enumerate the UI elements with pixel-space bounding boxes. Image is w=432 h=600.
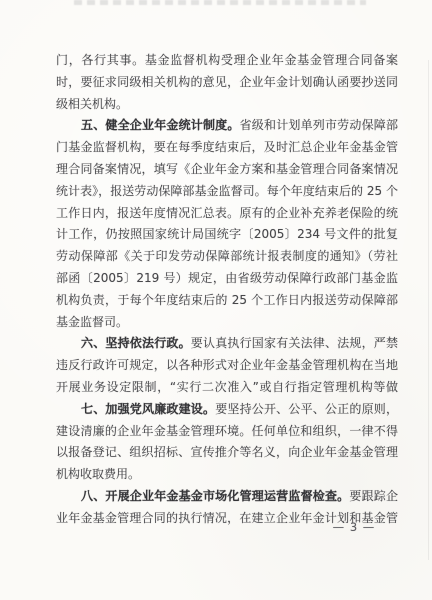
body-text: 要坚持公开、公平、公正的原则， bbox=[215, 402, 398, 416]
section-heading: 七、加强党风廉政建设。 bbox=[81, 402, 215, 416]
body-text: 部函〔2005〕219 号）规定，由省级劳动保障行政部门基金监督 bbox=[56, 271, 398, 290]
body-text: 机构收取费用。 bbox=[56, 467, 140, 481]
document-line: 机构收取费用。 bbox=[56, 464, 398, 486]
document-line: 五、健全企业年金统计制度。省级和计划单列市劳动保障部 bbox=[56, 115, 398, 137]
document-line: 机构负责，于每个年度结束后的 25 个工作日内报送劳动保障部 bbox=[56, 290, 398, 312]
body-text: 统计表》，报送劳动保障部基金监督司。每个年度结束后的 25 个 bbox=[56, 184, 398, 198]
body-text: 要跟踪企 bbox=[349, 489, 398, 503]
document-line: 门，各行其事。基金监督机构受理企业年金基金管理合同备案 bbox=[56, 50, 398, 72]
document-line: 七、加强党风廉政建设。要坚持公开、公平、公正的原则， bbox=[56, 399, 398, 421]
body-text: 理合同备案情况，填写《企业年金方案和基金管理合同备案情况 bbox=[56, 162, 398, 176]
document-line: 部函〔2005〕219 号）规定，由省级劳动保障行政部门基金监督 bbox=[56, 268, 398, 290]
body-text: 开展业务设定限制，“实行二次准入”或自行指定管理机构等做法。 bbox=[56, 380, 398, 399]
section-heading: 八、开展企业年金基金市场化管理运营监督检查。 bbox=[81, 489, 349, 503]
body-text: 要认真执行国家有关法律、法规，严禁 bbox=[191, 336, 398, 350]
body-text: 门基金监督机构，要在每季度结束后，及时汇总企业年金基金管 bbox=[56, 140, 398, 154]
scanned-document-page: 门，各行其事。基金监督机构受理企业年金基金管理合同备案时，要征求同级相关机构的意… bbox=[0, 0, 432, 600]
body-text: 违反行政许可规定，以各种形式对企业年金基金管理机构在当地 bbox=[56, 358, 398, 372]
body-text: 以报备登记、组织招标、宣传推介等名义，向企业年金基金管理 bbox=[56, 445, 398, 459]
body-text: 省级和计划单列市劳动保障部 bbox=[240, 118, 398, 132]
document-line: 统计表》，报送劳动保障部基金监督司。每个年度结束后的 25 个 bbox=[56, 181, 398, 203]
body-text: 计工作，仍按照国家统计局国统字〔2005〕234 号文件的批复和 bbox=[56, 227, 398, 246]
document-line: 八、开展企业年金基金市场化管理运营监督检查。要跟踪企 bbox=[56, 486, 398, 508]
body-text: 级相关机构。 bbox=[56, 97, 128, 111]
body-text: 门，各行其事。基金监督机构受理企业年金基金管理合同备案 bbox=[56, 53, 398, 67]
scan-streak bbox=[428, 60, 429, 560]
document-line: 工作日内，报送年度情况汇总表。原有的企业补充养老保险的统 bbox=[56, 203, 398, 225]
body-text: 工作日内，报送年度情况汇总表。原有的企业补充养老保险的统 bbox=[56, 206, 398, 220]
document-line: 六、坚持依法行政。要认真执行国家有关法律、法规，严禁 bbox=[56, 333, 398, 355]
body-text: 劳动保障部《关于印发劳动保障部统计报表制度的通知》（劳社 bbox=[56, 249, 398, 263]
document-line: 建设清廉的企业年金基金管理环境。任何单位和组织，一律不得 bbox=[56, 421, 398, 443]
document-body: 门，各行其事。基金监督机构受理企业年金基金管理合同备案时，要征求同级相关机构的意… bbox=[56, 50, 398, 530]
document-line: 级相关机构。 bbox=[56, 94, 398, 116]
document-line: 开展业务设定限制，“实行二次准入”或自行指定管理机构等做法。 bbox=[56, 377, 398, 399]
document-line: 理合同备案情况，填写《企业年金方案和基金管理合同备案情况 bbox=[56, 159, 398, 181]
section-heading: 五、健全企业年金统计制度。 bbox=[81, 118, 240, 132]
document-line: 时，要征求同级相关机构的意见，企业年金计划确认函要抄送同 bbox=[56, 72, 398, 94]
cut-off-text-remnant bbox=[74, 0, 366, 5]
body-text: 建设清廉的企业年金基金管理环境。任何单位和组织，一律不得 bbox=[56, 424, 398, 438]
document-line: 门基金监督机构，要在每季度结束后，及时汇总企业年金基金管 bbox=[56, 137, 398, 159]
page-number: — 3 — bbox=[324, 517, 384, 537]
document-line: 违反行政许可规定，以各种形式对企业年金基金管理机构在当地 bbox=[56, 355, 398, 377]
document-line: 基金监督司。 bbox=[56, 312, 398, 334]
document-line: 计工作，仍按照国家统计局国统字〔2005〕234 号文件的批复和 bbox=[56, 224, 398, 246]
body-text: 机构负责，于每个年度结束后的 25 个工作日内报送劳动保障部 bbox=[56, 293, 398, 307]
document-line: 以报备登记、组织招标、宣传推介等名义，向企业年金基金管理 bbox=[56, 442, 398, 464]
body-text: 基金监督司。 bbox=[56, 315, 128, 329]
body-text: 时，要征求同级相关机构的意见，企业年金计划确认函要抄送同 bbox=[56, 75, 398, 89]
document-line: 劳动保障部《关于印发劳动保障部统计报表制度的通知》（劳社 bbox=[56, 246, 398, 268]
section-heading: 六、坚持依法行政。 bbox=[81, 336, 191, 350]
